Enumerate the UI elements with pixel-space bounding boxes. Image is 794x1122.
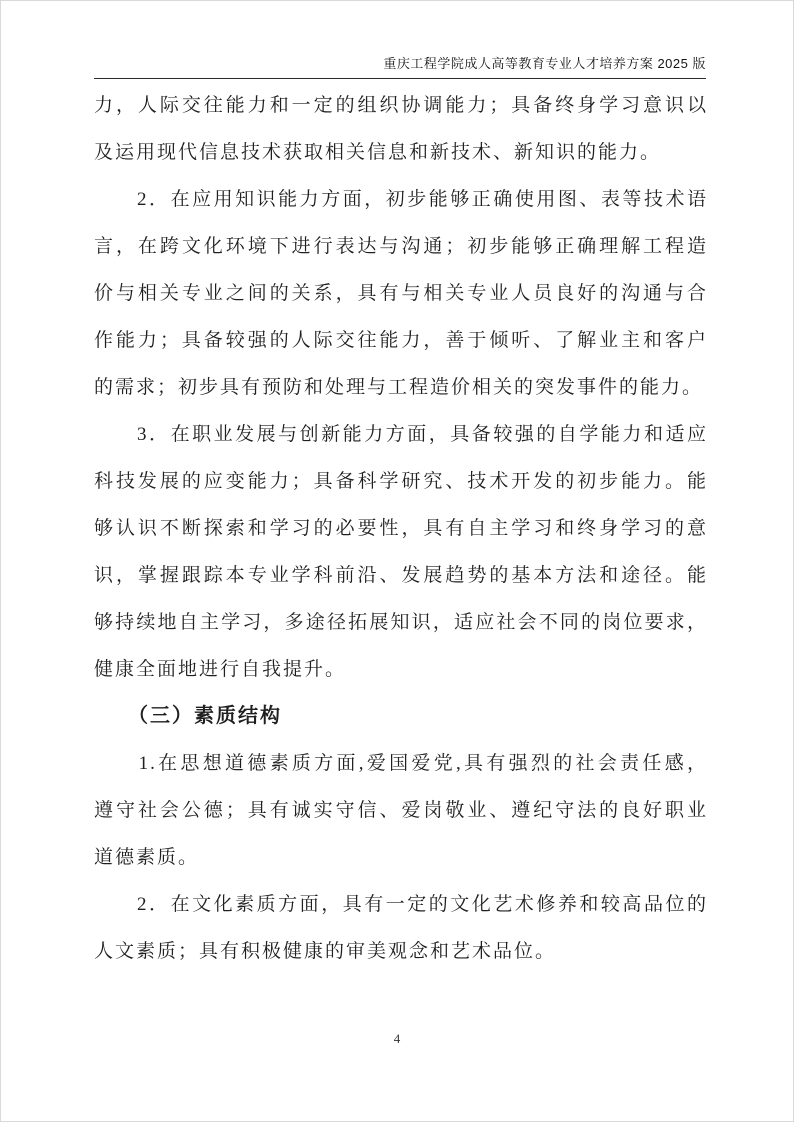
text-line: 3．在职业发展与创新能力方面，具备较强的自学能力和适应 <box>94 411 708 458</box>
text-line: 价与相关专业之间的关系，具有与相关专业人员良好的沟通与合 <box>94 270 708 317</box>
text-line: 遵守社会公德；具有诚实守信、爱岗敬业、遵纪守法的良好职业 <box>94 787 708 834</box>
text-line: 力，人际交往能力和一定的组织协调能力；具备终身学习意识以 <box>94 82 708 129</box>
text-line: 够持续地自主学习，多途径拓展知识，适应社会不同的岗位要求， <box>94 599 708 646</box>
text-line: 健康全面地进行自我提升。 <box>94 646 708 693</box>
header-title: 重庆工程学院成人高等教育专业人才培养方案 2025 版 <box>383 56 706 71</box>
text-line: 够认识不断探索和学习的必要性，具有自主学习和终身学习的意 <box>94 505 708 552</box>
text-line: 1.在思想道德素质方面,爱国爱党,具有强烈的社会责任感， <box>94 740 708 787</box>
document-body: 力，人际交往能力和一定的组织协调能力；具备终身学习意识以及运用现代信息技术获取相… <box>94 82 708 975</box>
page-footer: 4 <box>1 1029 793 1049</box>
text-line: 识，掌握跟踪本专业学科前沿、发展趋势的基本方法和途径。能 <box>94 552 708 599</box>
text-line: 科技发展的应变能力；具备科学研究、技术开发的初步能力。能 <box>94 458 708 505</box>
document-page: 重庆工程学院成人高等教育专业人才培养方案 2025 版 力，人际交往能力和一定的… <box>0 0 794 1122</box>
text-line: 人文素质；具有积极健康的审美观念和艺术品位。 <box>94 928 708 975</box>
text-line: 2．在应用知识能力方面，初步能够正确使用图、表等技术语 <box>94 176 708 223</box>
text-line: 作能力；具备较强的人际交往能力，善于倾听、了解业主和客户 <box>94 317 708 364</box>
text-line: 道德素质。 <box>94 834 708 881</box>
text-line: 的需求；初步具有预防和处理与工程造价相关的突发事件的能力。 <box>94 364 708 411</box>
page-number: 4 <box>394 1031 401 1046</box>
page-header: 重庆工程学院成人高等教育专业人才培养方案 2025 版 <box>94 55 706 79</box>
text-line: 及运用现代信息技术获取相关信息和新技术、新知识的能力。 <box>94 129 708 176</box>
section-heading: （三）素质结构 <box>94 693 708 740</box>
text-line: 2．在文化素质方面，具有一定的文化艺术修养和较高品位的 <box>94 881 708 928</box>
text-line: 言，在跨文化环境下进行表达与沟通；初步能够正确理解工程造 <box>94 223 708 270</box>
